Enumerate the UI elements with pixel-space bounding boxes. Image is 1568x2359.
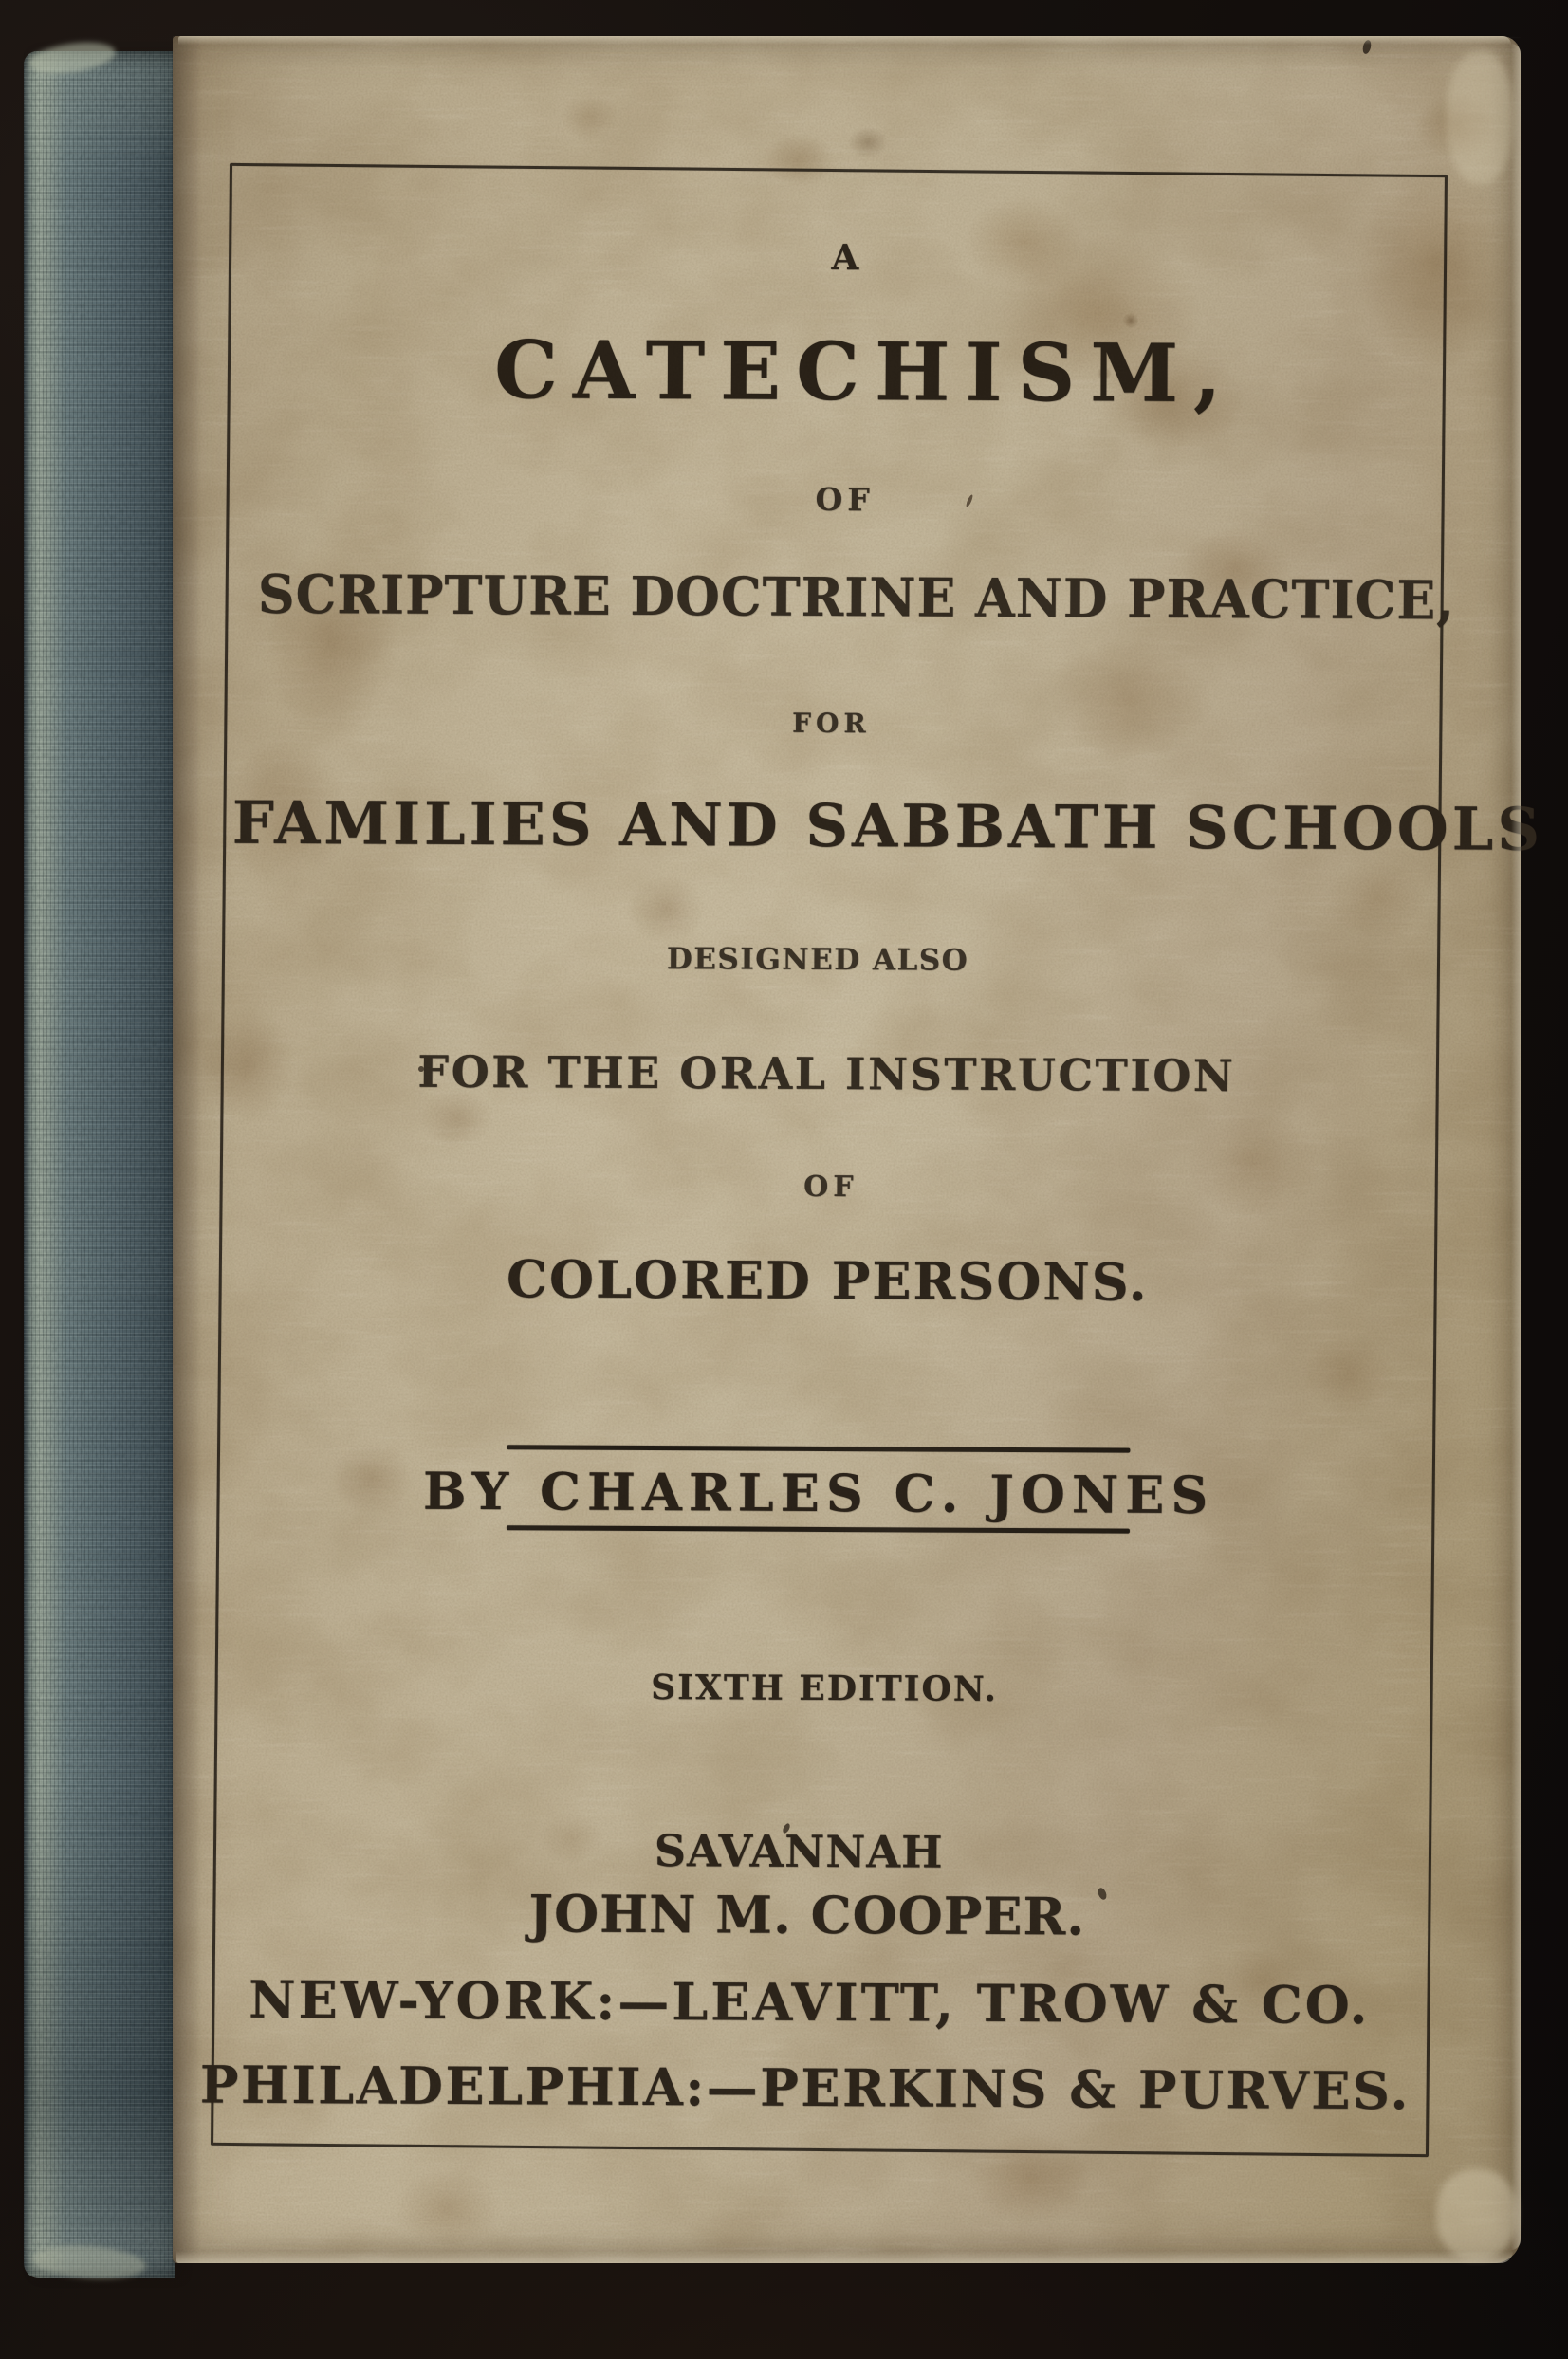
spine-cloth-weave (24, 51, 175, 2278)
oral-instruction-line: FOR THE ORAL INSTRUCTION (217, 1049, 1435, 1099)
worn-edge-right (1511, 44, 1521, 2250)
book-cover: A CATECHISM, OF SCRIPTURE DOCTRINE AND P… (173, 36, 1521, 2263)
corner-wear-bottom-right (1436, 2169, 1517, 2259)
byline-rule-bottom (507, 1525, 1130, 1533)
audience-line: FAMILIES AND SABBATH SCHOOLS (232, 794, 1450, 859)
gutter-shadow (173, 36, 201, 2263)
colored-persons-line: COLORED PERSONS. (218, 1252, 1436, 1310)
imprint-philadelphia: PHILADELPHIA:—PERKINS & PURVES. (196, 2059, 1414, 2117)
author-byline: BY CHARLES C. JONES (210, 1465, 1428, 1522)
half-title-letter: A (237, 237, 1455, 279)
book-spine (24, 51, 175, 2278)
connector-of-upper: OF (236, 481, 1454, 519)
edition-line: SIXTH EDITION. (215, 1668, 1433, 1709)
imprint-new-york: NEW-YORK:—LEAVITT, TROW & CO. (200, 1974, 1418, 2032)
worn-edge-top (178, 36, 1511, 45)
book-title: CATECHISM, (256, 329, 1474, 415)
connector-of-lower: OF (222, 1170, 1440, 1206)
title-frame-content: A CATECHISM, OF SCRIPTURE DOCTRINE AND P… (215, 166, 1444, 2155)
designed-also-line: DESIGNED ALSO (209, 943, 1427, 979)
worn-edge-bottom (176, 2251, 1513, 2263)
connector-for: FOR (222, 708, 1440, 741)
title-frame: A CATECHISM, OF SCRIPTURE DOCTRINE AND P… (220, 169, 1438, 2151)
corner-wear-top-right (1447, 51, 1513, 184)
byline-rule-top (507, 1445, 1130, 1452)
imprint-publisher: JOHN M. COOPER. (198, 1887, 1416, 1944)
photograph-scene: A CATECHISM, OF SCRIPTURE DOCTRINE AND P… (0, 0, 1568, 2359)
subtitle-line: SCRIPTURE DOCTRINE AND PRACTICE, (258, 568, 1428, 627)
imprint-city: SAVANNAH (190, 1826, 1408, 1876)
ink-fleck (418, 1066, 424, 1072)
